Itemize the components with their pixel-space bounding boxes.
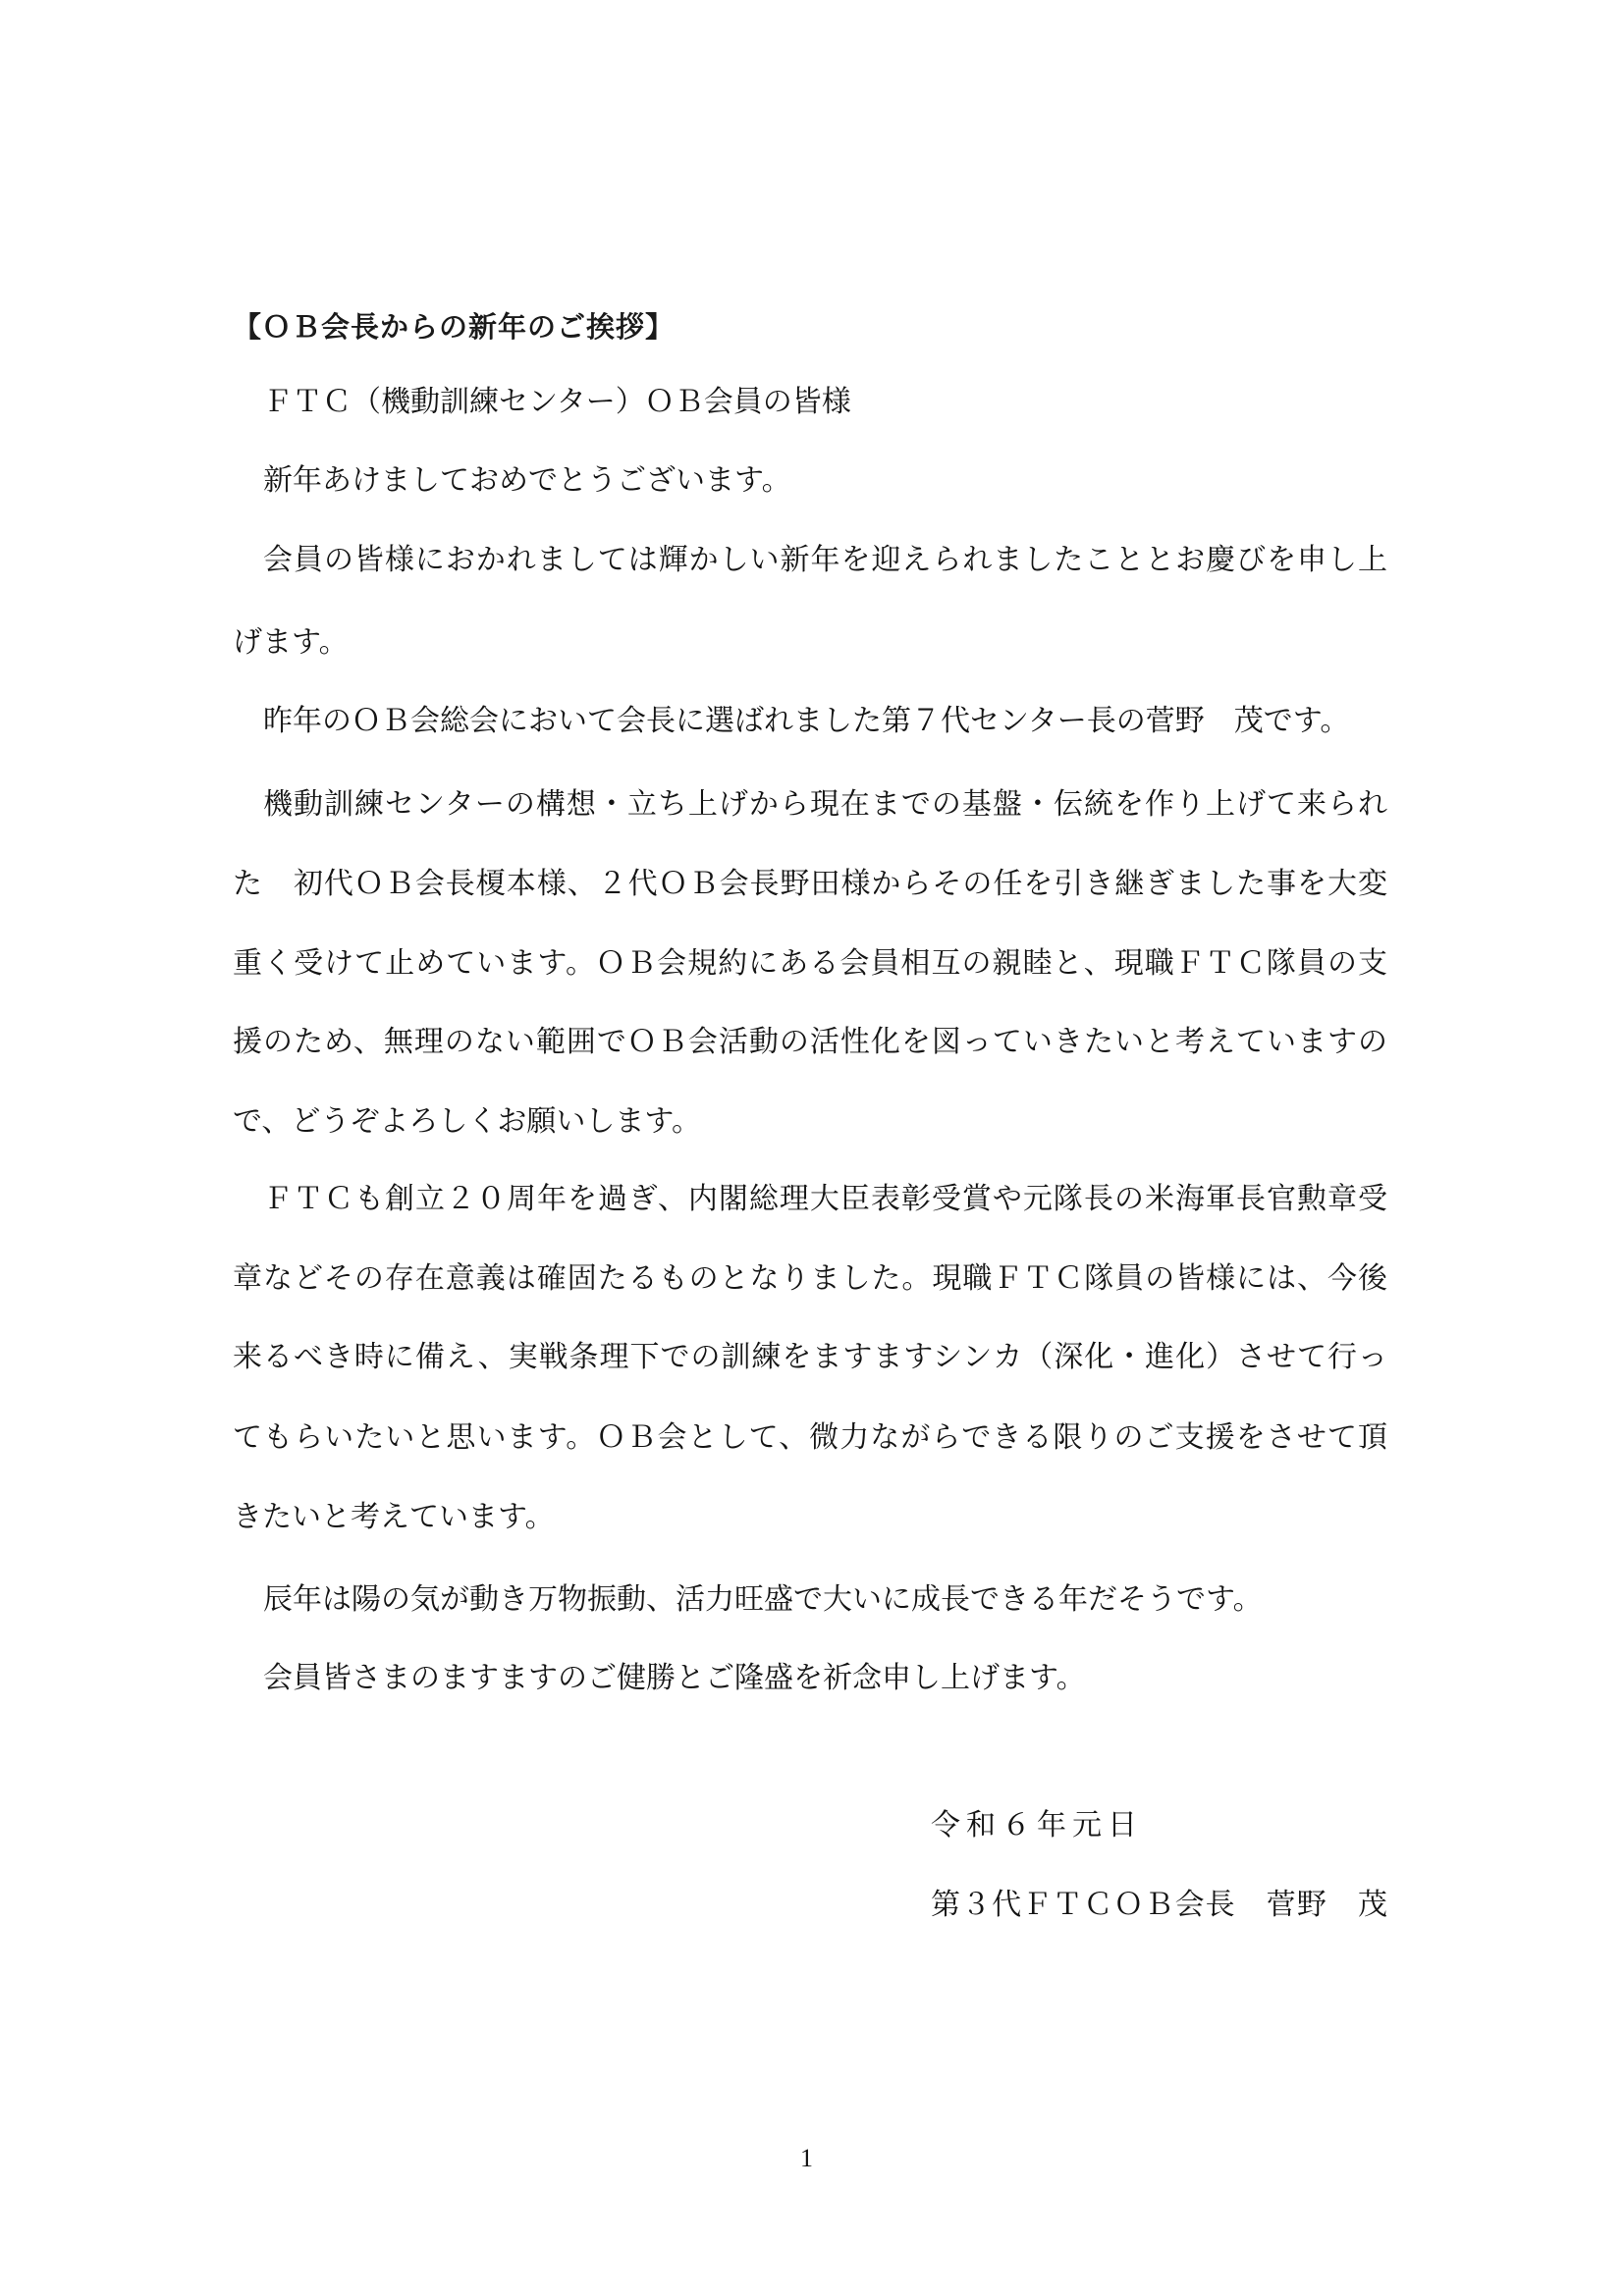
- salutation: ＦＴＣ（機動訓練センター）ＯＢ会員の皆様: [263, 383, 851, 422]
- paragraph-4-line-5: で、どうぞよろしくお願いします。: [233, 1102, 701, 1142]
- paragraph-5-line-5: きたいと考えています。: [233, 1498, 555, 1537]
- paragraph-4-line-1: 機動訓練センターの構想・立ち上げから現在までの基盤・伝統を作り上げて来られ: [263, 785, 1387, 825]
- paragraph-3-line-1: 昨年のＯＢ会総会において会長に選ばれました第７代センター長の菅野 茂です。: [263, 702, 1349, 741]
- paragraph-4-line-4: 援のため、無理のない範囲でＯＢ会活動の活性化を図っていきたいと考えていますの: [233, 1023, 1387, 1062]
- document-page: 【ＯＢ会長からの新年のご挨拶】 ＦＴＣ（機動訓練センター）ＯＢ会員の皆様 新年あ…: [0, 0, 1624, 2296]
- paragraph-5-line-3: 来るべき時に備え、実戦条理下での訓練をますますシンカ（深化・進化）させて行っ: [233, 1338, 1387, 1377]
- paragraph-2-line-2: げます。: [233, 623, 349, 663]
- paragraph-5-line-1: ＦＴＣも創立２０周年を過ぎ、内閣総理大臣表彰受賞や元隊長の米海軍長官勲章受: [263, 1180, 1387, 1219]
- paragraph-6-line-1: 辰年は陽の気が動き万物振動、活力旺盛で大いに成長できる年だそうです。: [263, 1580, 1263, 1620]
- paragraph-5-line-2: 章などその存在意義は確固たるものとなりました。現職ＦＴＣ隊員の皆様には、今後: [233, 1259, 1387, 1299]
- paragraph-1-line-1: 新年あけましておめでとうございます。: [263, 461, 791, 501]
- paragraph-7-line-1: 会員皆さまのますますのご健勝とご隆盛を祈念申し上げます。: [263, 1659, 1086, 1698]
- paragraph-4-line-2: た 初代ＯＢ会長榎本様、２代ＯＢ会長野田様からその任を引き継ぎました事を大変: [233, 865, 1387, 904]
- document-title: 【ＯＢ会長からの新年のご挨拶】: [233, 307, 675, 347]
- page-number: 1: [800, 2143, 813, 2174]
- closing-signature: 第３代ＦＴＣＯＢ会長 菅野 茂: [931, 1886, 1387, 1925]
- paragraph-2-line-1: 会員の皆様におかれましては輝かしい新年を迎えられましたこととお慶びを申し上: [263, 541, 1387, 580]
- paragraph-5-line-4: てもらいたいと思います。ＯＢ会として、微力ながらできる限りのご支援をさせて頂: [233, 1418, 1387, 1458]
- paragraph-4-line-3: 重く受けて止めています。ＯＢ会規約にある会員相互の親睦と、現職ＦＴＣ隊員の支: [233, 944, 1387, 984]
- closing-date: 令和６年元日: [931, 1806, 1143, 1845]
